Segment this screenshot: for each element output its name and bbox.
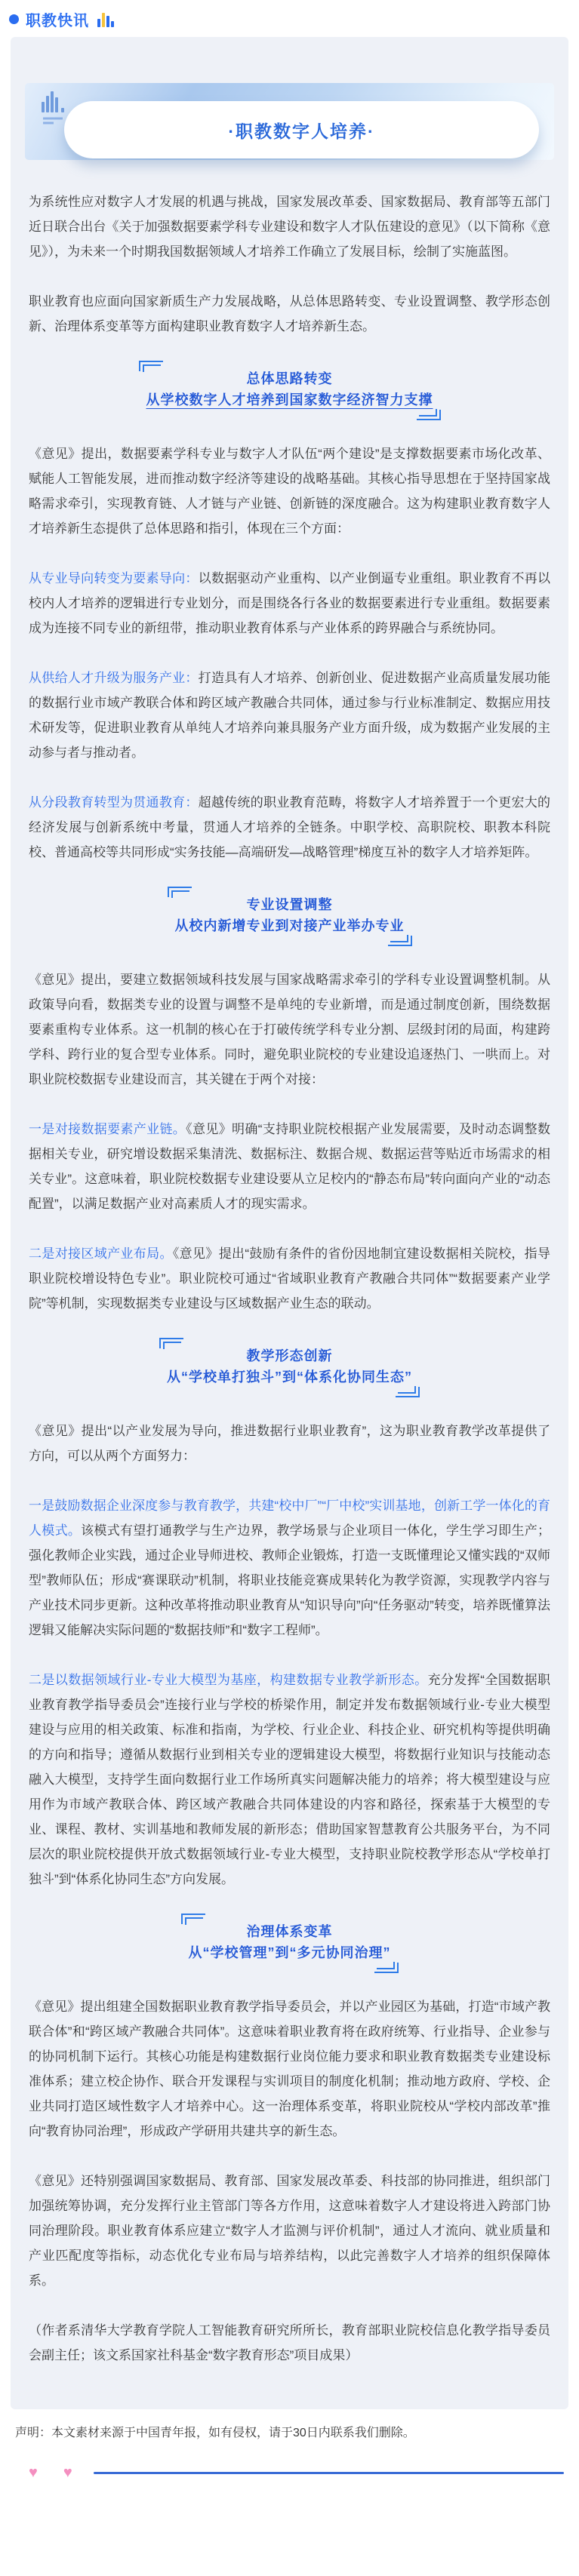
content-card: ·职教数字人培养· 为系统性应对数字人才发展的机遇与挑战，国家发展改革委、国家数… bbox=[11, 37, 568, 2409]
corner-bracket-icon bbox=[143, 364, 161, 372]
section-title: 治理体系变革 bbox=[189, 1921, 391, 1942]
article-paragraph: 一是对接数据要素产业链。《意见》明确“支持职业院校根据产业发展需要，及时动态调整… bbox=[29, 1117, 550, 1216]
corner-bracket-icon bbox=[419, 409, 437, 417]
corner-bracket-icon bbox=[390, 935, 408, 942]
divider-line bbox=[94, 2472, 564, 2474]
paragraph-lead: 从专业导向转变为要素导向： bbox=[29, 571, 199, 586]
article-paragraph: 《意见》提出，要建立数据领域科技发展与国家战略需求牵引的学科专业设置调整机制。从… bbox=[29, 967, 550, 1092]
section-heading-box: 治理体系变革从“学校管理”到“多元协同治理” bbox=[187, 1920, 393, 1964]
paragraph-lead: 二是以数据领域行业-专业大模型为基座，构建数据专业教学新形态。 bbox=[29, 1673, 428, 1687]
page-footer: 声明：本文素材来源于中国青年报，如有侵权，请于30日内联系我们删除。 ♥ ♥ bbox=[0, 2409, 579, 2497]
corner-bracket-icon bbox=[185, 1917, 203, 1925]
article-paragraph: 《意见》提出，数据要素学科专业与数字人才队伍“两个建设”是支撑数据要素市场化改革… bbox=[29, 441, 550, 541]
footer-divider-row: ♥ ♥ bbox=[15, 2465, 564, 2489]
section-subtitle: 从“学校管理”到“多元协同治理” bbox=[189, 1942, 391, 1963]
article-paragraph: 二是对接区域产业布局。《意见》提出“鼓励有条件的省份因地制宜建设数据相关院校，指… bbox=[29, 1241, 550, 1316]
section-heading-box: 总体思路转变从学校数字人才培养到国家数字经济智力支撑 bbox=[145, 367, 435, 411]
article-paragraph: （作者系清华大学教育学院人工智能教育研究所所长，教育部职业院校信息化教学指导委员… bbox=[29, 2318, 550, 2368]
article-paragraph: 《意见》还特别强调国家数据局、教育部、国家发展改革委、科技部的协同推进，组织部门… bbox=[29, 2169, 550, 2293]
article-paragraph: 从分段教育转型为贯通教育：超越传统的职业教育范畴，将数字人才培养置于一个更宏大的… bbox=[29, 790, 550, 865]
section-title: 专业设置调整 bbox=[175, 894, 405, 915]
paragraph-lead: 从供给人才升级为服务产业： bbox=[29, 671, 199, 685]
section-heading: 专业设置调整从校内新增专业到对接产业举办专业 bbox=[25, 893, 554, 937]
section-heading: 总体思路转变从学校数字人才培养到国家数字经济智力支撑 bbox=[25, 367, 554, 411]
article-title: ·职教数字人培养· bbox=[228, 118, 374, 143]
paragraph-lead: 一是鼓励数据企业深度参与教育教学，共建“校中厂”“厂中校”实训基地，创新工学一体… bbox=[29, 1499, 550, 1538]
article-paragraph: 《意见》提出“以产业发展为导向，推进数据行业职业教育”，这为职业教育教学改革提供… bbox=[29, 1419, 550, 1468]
section-heading: 教学形态创新从“学校单打独斗”到“体系化协同生态” bbox=[25, 1345, 554, 1388]
article-paragraph: 一是鼓励数据企业深度参与教育教学，共建“校中厂”“厂中校”实训基地，创新工学一体… bbox=[29, 1493, 550, 1643]
page-header: 职教快讯 bbox=[0, 0, 579, 37]
article-paragraph: 从专业导向转变为要素导向：以数据驱动产业重构、以产业倒逼专业重组。职业教育不再以… bbox=[29, 566, 550, 641]
paragraph-lead: 从分段教育转型为贯通教育： bbox=[29, 795, 199, 810]
corner-bracket-icon bbox=[377, 1962, 395, 1969]
disclaimer-text: 声明：本文素材来源于中国青年报，如有侵权，请于30日内联系我们删除。 bbox=[15, 2424, 564, 2442]
section-title: 教学形态创新 bbox=[167, 1345, 412, 1366]
bullet-dot-icon bbox=[9, 14, 19, 24]
article-paragraph: 职业教育也应面向国家新质生产力发展战略，从总体思路转变、专业设置调整、教学形态创… bbox=[29, 289, 550, 339]
section-heading-box: 专业设置调整从校内新增专业到对接产业举办专业 bbox=[174, 893, 406, 937]
heart-icon: ♥ bbox=[63, 2465, 72, 2480]
article-paragraph: 《意见》提出组建全国数据职业教育教学指导委员会，并以产业园区为基础，打造“市域产… bbox=[29, 1994, 550, 2144]
section-subtitle: 从“学校单打独斗”到“体系化协同生态” bbox=[167, 1366, 412, 1388]
article-paragraph: 为系统性应对数字人才发展的机遇与挑战，国家发展改革委、国家数据局、教育部等五部门… bbox=[29, 189, 550, 264]
section-heading-box: 教学形态创新从“学校单打独斗”到“体系化协同生态” bbox=[165, 1345, 414, 1388]
heart-icon: ♥ bbox=[29, 2465, 38, 2480]
corner-bracket-icon bbox=[398, 1386, 416, 1394]
article-body: 为系统性应对数字人才发展的机遇与挑战，国家发展改革委、国家数据局、教育部等五部门… bbox=[25, 160, 554, 2368]
page-header-title: 职教快讯 bbox=[26, 8, 89, 30]
corner-bracket-icon bbox=[171, 890, 189, 898]
section-heading: 治理体系变革从“学校管理”到“多元协同治理” bbox=[25, 1920, 554, 1964]
section-subtitle: 从校内新增专业到对接产业举办专业 bbox=[175, 915, 405, 936]
paragraph-lead: 二是对接区域产业布局。 bbox=[29, 1247, 173, 1261]
title-pill: ·职教数字人培养· bbox=[64, 101, 539, 158]
paragraph-lead: 一是对接数据要素产业链。 bbox=[29, 1122, 186, 1136]
article-paragraph: 二是以数据领域行业-专业大模型为基座，构建数据专业教学新形态。充分发挥“全国数据… bbox=[29, 1668, 550, 1892]
bar-chart-icon bbox=[97, 12, 114, 27]
title-banner: ·职教数字人培养· bbox=[25, 83, 554, 160]
section-subtitle: 从学校数字人才培养到国家数字经济智力支撑 bbox=[146, 389, 433, 410]
article-paragraph: 从供给人才升级为服务产业：打造具有人才培养、创新创业、促进数据产业高质量发展功能… bbox=[29, 666, 550, 765]
section-title: 总体思路转变 bbox=[146, 368, 433, 389]
corner-bracket-icon bbox=[163, 1342, 181, 1349]
